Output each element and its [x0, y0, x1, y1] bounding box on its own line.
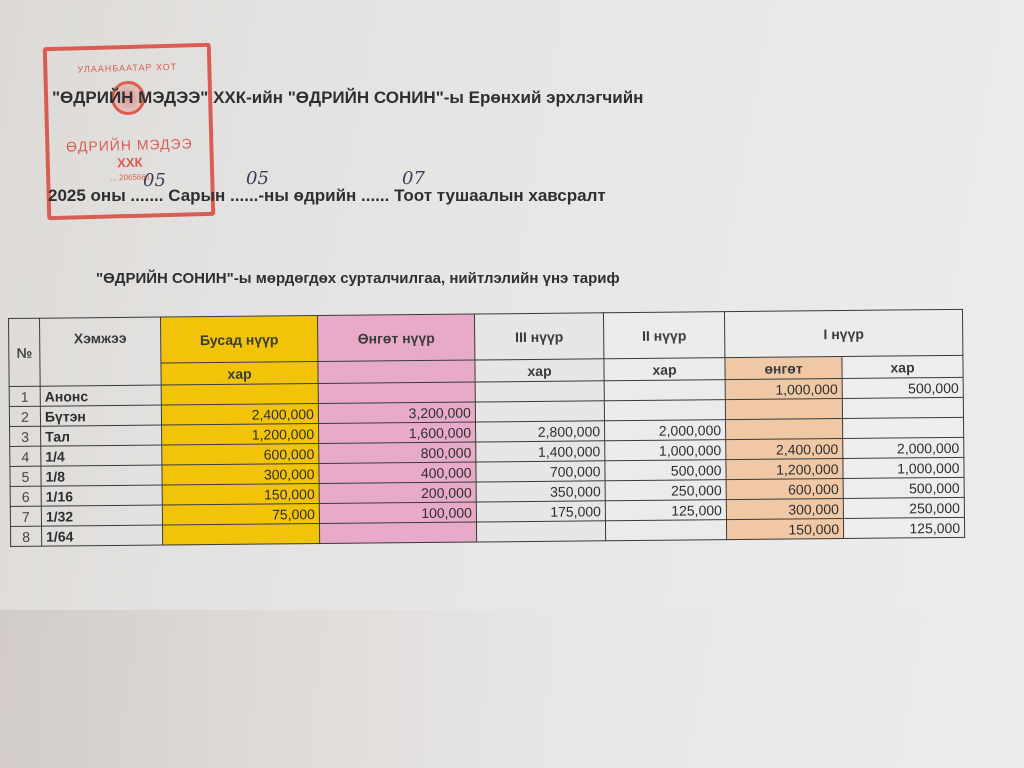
subheader-page2: хар [604, 358, 725, 381]
cell-page2: 125,000 [605, 500, 726, 521]
cell-ongot: 3,200,000 [318, 402, 475, 424]
cell-page3 [475, 381, 604, 402]
cell-busad: 75,000 [162, 504, 319, 526]
cell-page2: 1,000,000 [605, 440, 726, 461]
table-body: 1Анонс1,000,000500,0002Бүтэн2,400,0003,2… [9, 377, 964, 546]
cell-size: Тал [41, 425, 162, 446]
cell-page3: 2,800,000 [476, 421, 605, 442]
cell-size: 1/16 [41, 485, 162, 506]
cell-page2: 250,000 [605, 480, 726, 501]
cell-busad: 600,000 [162, 444, 319, 466]
cell-busad: 300,000 [162, 464, 319, 486]
header-size: Хэмжээ [40, 317, 162, 386]
cell-size: Анонс [40, 385, 161, 406]
handwritten-month: 05 [143, 170, 166, 191]
header-page1: I нүүр [724, 309, 962, 357]
cell-no: 5 [10, 466, 41, 486]
cell-busad: 150,000 [162, 484, 319, 506]
cell-page2 [604, 400, 725, 421]
cell-busad: 1,200,000 [162, 424, 319, 446]
table-title: "ӨДРИЙН СОНИН"-ы мөрдөгдөх сурталчилгаа,… [96, 270, 620, 287]
cell-ongot: 200,000 [319, 482, 476, 504]
cell-page1-color [726, 418, 843, 439]
stamp-reg: ... 2065661 [50, 171, 210, 184]
cell-page1-color: 150,000 [726, 518, 843, 539]
cell-page1-bw [843, 417, 964, 438]
cell-page3: 700,000 [476, 461, 605, 482]
cell-ongot: 100,000 [319, 502, 476, 524]
order-heading-line2: 2025 оны ....... Сарын ......-ны өдрийн … [48, 186, 606, 206]
cell-ongot [318, 382, 475, 404]
handwritten-order-number: 07 [402, 168, 425, 189]
cell-page1-color: 1,200,000 [726, 458, 843, 479]
tariff-table-wrapper: № Хэмжээ Бусад нүүр Өнгөт нүүр III нүүр … [8, 309, 965, 547]
cell-page1-color: 2,400,000 [726, 438, 843, 459]
cell-page1-bw: 250,000 [843, 497, 964, 518]
handwritten-day: 05 [246, 168, 269, 189]
cell-page1-bw: 500,000 [842, 377, 963, 398]
order-heading-line1: "ӨДРИЙН МЭДЭЭ" ХХК-ийн "ӨДРИЙН СОНИН"-ы … [52, 88, 643, 108]
cell-page3 [476, 521, 605, 542]
cell-ongot: 1,600,000 [319, 422, 476, 444]
header-page2: II нүүр [603, 312, 724, 359]
cell-page1-bw: 1,000,000 [843, 457, 964, 478]
subheader-page3: хар [475, 359, 604, 382]
cell-page1-bw [842, 397, 963, 418]
cell-no: 3 [10, 426, 41, 446]
header-page3: III нүүр [474, 313, 603, 360]
cell-page2: 500,000 [605, 460, 726, 481]
cell-no: 6 [10, 486, 41, 506]
subheader-busad: хар [161, 362, 318, 386]
cell-size: 1/4 [41, 445, 162, 466]
header-no: № [9, 318, 41, 386]
subheader-ongot [318, 360, 475, 384]
cell-page2: 2,000,000 [605, 420, 726, 441]
paper-shadow [0, 610, 1024, 768]
cell-busad: 2,400,000 [161, 404, 318, 426]
cell-page3: 175,000 [476, 501, 605, 522]
cell-page3: 350,000 [476, 481, 605, 502]
cell-page1-color: 600,000 [726, 478, 843, 499]
cell-page3 [475, 401, 604, 422]
cell-size: 1/32 [41, 505, 162, 526]
header-ongot: Өнгөт нүүр [317, 314, 474, 362]
stamp-type: ХХК [50, 153, 210, 172]
cell-no: 8 [11, 526, 42, 546]
header-busad: Бусад нүүр [160, 316, 317, 364]
cell-no: 7 [10, 506, 41, 526]
cell-busad [162, 524, 319, 546]
cell-no: 4 [10, 446, 41, 466]
cell-page3: 1,400,000 [476, 441, 605, 462]
stamp-company: ӨДРИЙН МЭДЭЭ [49, 135, 209, 155]
cell-page2 [604, 380, 725, 401]
subheader-page1-bw: хар [842, 355, 963, 378]
cell-page1-color [725, 398, 842, 419]
cell-no: 2 [9, 406, 40, 426]
tariff-table: № Хэмжээ Бусад нүүр Өнгөт нүүр III нүүр … [8, 309, 965, 547]
cell-busad [161, 384, 318, 406]
cell-page1-color: 1,000,000 [725, 378, 842, 399]
cell-page1-bw: 125,000 [843, 517, 964, 538]
cell-page1-bw: 500,000 [843, 477, 964, 498]
cell-ongot: 800,000 [319, 442, 476, 464]
stamp-city: УЛААНБААТАР ХОТ [47, 61, 207, 75]
cell-page2 [605, 520, 726, 541]
cell-size: 1/8 [41, 465, 162, 486]
cell-size: Бүтэн [40, 405, 161, 426]
cell-page1-color: 300,000 [726, 498, 843, 519]
cell-ongot: 400,000 [319, 462, 476, 484]
cell-size: 1/64 [41, 525, 162, 546]
subheader-page1-color: өнгөт [725, 356, 842, 379]
cell-no: 1 [9, 386, 40, 406]
cell-page1-bw: 2,000,000 [843, 437, 964, 458]
cell-ongot [319, 522, 476, 544]
